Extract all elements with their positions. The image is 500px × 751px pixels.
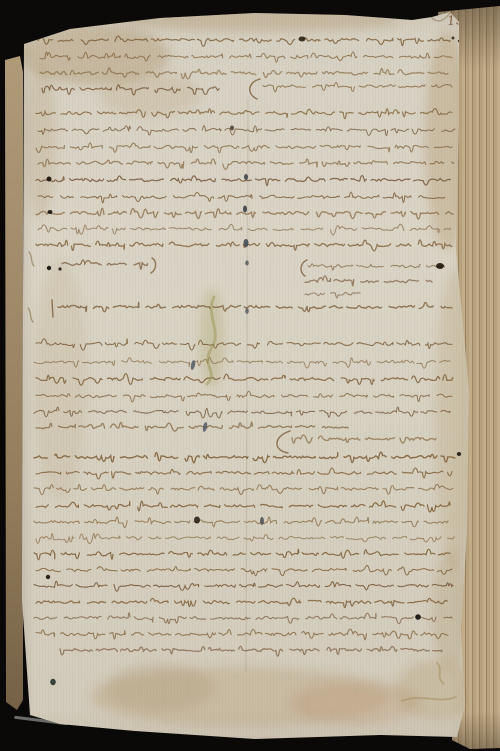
entry-4-text bbox=[34, 452, 455, 656]
entry-1-rubric bbox=[263, 82, 452, 91]
spot-layer bbox=[46, 37, 461, 686]
flourish-layer bbox=[28, 13, 456, 701]
note-left-tick bbox=[52, 300, 53, 317]
entry3-open-paren bbox=[277, 431, 290, 453]
marginal-open-paren bbox=[301, 260, 307, 276]
handwriting-ink-layer bbox=[0, 0, 500, 751]
pale-vertical-flourish bbox=[207, 297, 215, 384]
bottom-right-doodle bbox=[402, 663, 456, 701]
entry-1-text bbox=[38, 36, 452, 95]
entry-2-text bbox=[36, 109, 455, 270]
marginal-note bbox=[305, 264, 444, 298]
single-note-line bbox=[58, 302, 452, 311]
entry-3-closing bbox=[292, 435, 436, 443]
entry2-close-paren bbox=[151, 258, 156, 273]
entry-3-text bbox=[34, 339, 453, 431]
manuscript-page: 157 bbox=[0, 0, 500, 751]
left-margin-mark-1 bbox=[29, 252, 34, 266]
manuscript-photo: 157 bbox=[0, 0, 500, 751]
stain-layer bbox=[20, 8, 479, 727]
rubric-open-paren bbox=[250, 79, 260, 99]
center-crease bbox=[246, 98, 248, 672]
left-margin-mark-2 bbox=[28, 308, 33, 322]
